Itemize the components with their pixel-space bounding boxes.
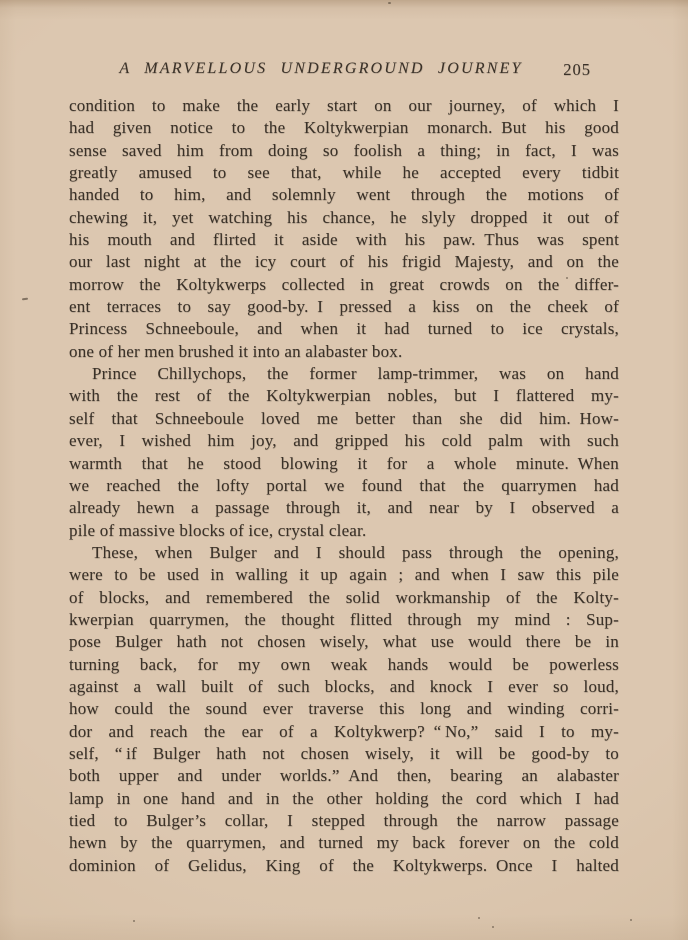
text-line: our last night at the icy court of his f… xyxy=(69,251,619,273)
text-line: both upper and under worlds.” And then, … xyxy=(69,765,619,787)
paper-speck xyxy=(388,2,391,4)
text-line: These, when Bulger and I should pass thr… xyxy=(69,542,619,564)
body-text: condition to make the early start on our… xyxy=(69,95,619,877)
text-line: dor and reach the ear of a Koltykwerp? “… xyxy=(69,721,619,743)
paper-speck xyxy=(630,919,632,921)
text-line: greatly amused to see that, while he acc… xyxy=(69,162,619,184)
paragraph: These, when Bulger and I should pass thr… xyxy=(69,542,619,877)
paper-speck xyxy=(478,917,480,919)
margin-mark xyxy=(22,298,28,301)
text-line: Prince Chillychops, the former lamp-trim… xyxy=(69,363,619,385)
paper-speck xyxy=(566,277,568,279)
text-line: warmth that he stood blowing it for a wh… xyxy=(69,453,619,475)
text-line: already hewn a passage through it, and n… xyxy=(69,497,619,519)
text-line: we reached the lofty portal we found tha… xyxy=(69,475,619,497)
page-number: 205 xyxy=(563,60,591,80)
text-line: handed to him, and solemnly went through… xyxy=(69,184,619,206)
text-line: ever, I wished him joy, and gripped his … xyxy=(69,430,619,452)
text-line: against a wall built of such blocks, and… xyxy=(69,676,619,698)
text-line: with the rest of the Koltykwerpian noble… xyxy=(69,385,619,407)
text-line: ent terraces to say good-by. I pressed a… xyxy=(69,296,619,318)
text-line: how could the sound ever traverse this l… xyxy=(69,698,619,720)
text-line: his mouth and flirted it aside with his … xyxy=(69,229,619,251)
paper-speck xyxy=(492,926,494,928)
book-page-scan: A MARVELLOUS UNDERGROUND JOURNEY 205 con… xyxy=(0,0,688,940)
text-line: tied to Bulger’s collar, I stepped throu… xyxy=(69,810,619,832)
paper-speck xyxy=(133,920,135,922)
text-line: condition to make the early start on our… xyxy=(69,95,619,117)
header-title: A MARVELLOUS UNDERGROUND JOURNEY xyxy=(69,60,619,78)
text-line: morrow the Koltykwerps collected in grea… xyxy=(69,274,619,296)
text-line: lamp in one hand and in the other holdin… xyxy=(69,788,619,810)
text-line: Princess Schneeboule, and when it had tu… xyxy=(69,318,619,340)
text-line: pose Bulger hath not chosen wisely, what… xyxy=(69,631,619,653)
paragraph: condition to make the early start on our… xyxy=(69,95,619,363)
text-line: hewn by the quarrymen, and turned my bac… xyxy=(69,832,619,854)
text-line: turning back, for my own weak hands woul… xyxy=(69,654,619,676)
text-line: dominion of Gelidus, King of the Koltykw… xyxy=(69,855,619,877)
text-line: chewing it, yet watching his chance, he … xyxy=(69,207,619,229)
paragraph: Prince Chillychops, the former lamp-trim… xyxy=(69,363,619,542)
text-line: self that Schneeboule loved me better th… xyxy=(69,408,619,430)
text-line: one of her men brushed it into an alabas… xyxy=(69,341,619,363)
text-line: were to be used in walling it up again ;… xyxy=(69,564,619,586)
text-line: had given notice to the Koltykwerpian mo… xyxy=(69,117,619,139)
text-line: pile of massive blocks of ice, crystal c… xyxy=(69,520,619,542)
text-line: sense saved him from doing so foolish a … xyxy=(69,140,619,162)
text-line: kwerpian quarrymen, the thought flitted … xyxy=(69,609,619,631)
text-line: of blocks, and remembered the solid work… xyxy=(69,587,619,609)
text-line: self, “ if Bulger hath not chosen wisely… xyxy=(69,743,619,765)
running-header: A MARVELLOUS UNDERGROUND JOURNEY 205 xyxy=(69,60,619,82)
